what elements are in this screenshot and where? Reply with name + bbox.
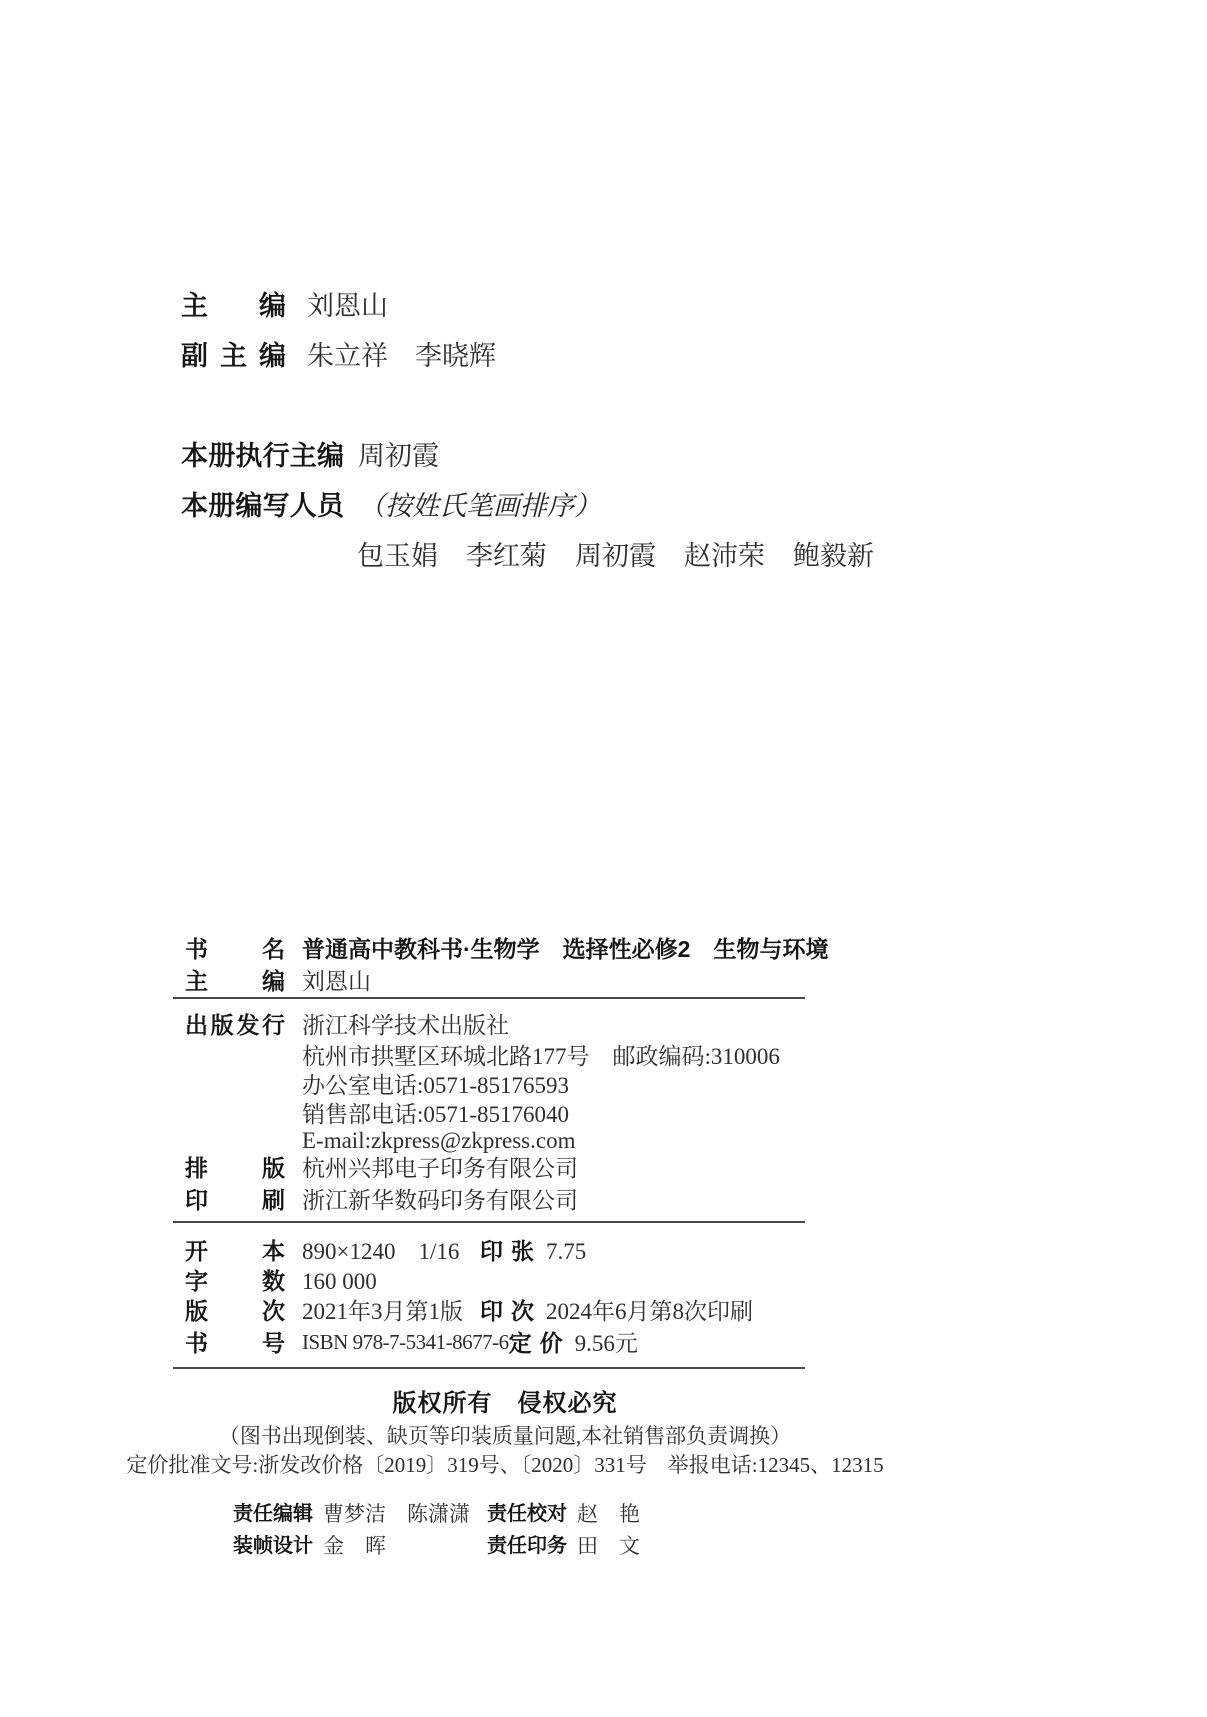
writer-name: 赵沛荣: [684, 543, 765, 570]
writers-label: 本册编写人员: [181, 493, 344, 520]
executive-editor-label: 本册执行主编: [181, 443, 344, 470]
responsible-proofreader-name: 赵 艳: [577, 1504, 640, 1525]
sales-phone: 销售部电话:0571-85176040: [302, 1103, 569, 1126]
staff-row-1: 责任编辑 曹梦洁 陈潇潇 责任校对 赵 艳: [0, 1504, 1207, 1528]
typeset-label: 排版: [185, 1157, 285, 1180]
impression-label: 印次: [480, 1300, 534, 1323]
format-value: 890×1240 1/16: [302, 1240, 480, 1263]
writers-label-row: 本册编写人员 （按姓氏笔画排序）: [181, 493, 601, 520]
copyright-notice: 版权所有 侵权必究: [0, 1392, 1010, 1416]
publisher-row: 出版发行 浙江科学技术出版社: [185, 1014, 509, 1037]
publisher-label: 出版发行: [185, 1014, 285, 1037]
word-count-row: 字数 160 000: [185, 1270, 377, 1293]
executive-editor-name: 周初霞: [358, 443, 439, 470]
writer-name: 李红菊: [466, 543, 547, 570]
sheets-label: 印张: [480, 1240, 534, 1263]
exchange-note: （图书出现倒装、缺页等印装质量问题,本社销售部负责调换）: [0, 1426, 1010, 1447]
isbn-label: 书号: [185, 1332, 285, 1355]
word-count-value: 160 000: [302, 1270, 377, 1293]
typeset-company: 杭州兴邦电子印务有限公司: [302, 1157, 578, 1180]
publisher-name: 浙江科学技术出版社: [302, 1014, 509, 1037]
publisher-email: E-mail:zkpress@zkpress.com: [302, 1129, 575, 1152]
divider-rule: [173, 997, 805, 999]
office-phone: 办公室电话:0571-85176593: [302, 1074, 569, 1097]
edition-label: 版次: [185, 1300, 285, 1323]
sales-phone-row: 销售部电话:0571-85176040: [302, 1103, 569, 1126]
writers-sort-note: （按姓氏笔画排序）: [358, 493, 601, 520]
colophon-chief-label: 主编: [185, 970, 285, 993]
staff-row-2: 装帧设计 金 晖 责任印务 田 文: [0, 1536, 1207, 1560]
responsible-printing-label: 责任印务: [487, 1536, 567, 1556]
print-label: 印刷: [185, 1189, 285, 1212]
office-phone-row: 办公室电话:0571-85176593: [302, 1074, 569, 1097]
publisher-address-row: 杭州市拱墅区环城北路177号 邮政编码:310006: [302, 1045, 780, 1068]
isbn-value: ISBN 978-7-5341-8677-6: [302, 1332, 509, 1353]
binding-designer-label: 装帧设计: [233, 1536, 313, 1556]
edition-row: 版次 2021年3月第1版 印次 2024年6月第8次印刷: [185, 1300, 753, 1323]
copyright-page: 主编 刘恩山 副主编 朱立祥 李晓辉 本册执行主编 周初霞 本册编写人员 （按姓…: [0, 0, 1207, 1717]
publisher-address: 杭州市拱墅区环城北路177号 邮政编码:310006: [302, 1045, 780, 1068]
sheets-value: 7.75: [546, 1240, 586, 1263]
isbn-price-row: 书号 ISBN 978-7-5341-8677-6 定价 9.56元: [185, 1332, 638, 1355]
price-approval-note: 定价批准文号:浙发改价格〔2019〕319号、〔2020〕331号 举报电话:1…: [0, 1455, 1010, 1476]
print-row: 印刷 浙江新华数码印务有限公司: [185, 1189, 578, 1212]
book-title-row: 书名 普通高中教科书·生物学 选择性必修2 生物与环境: [185, 938, 828, 961]
deputy-editor-row: 副主编 朱立祥 李晓辉: [181, 343, 496, 370]
typeset-row: 排版 杭州兴邦电子印务有限公司: [185, 1157, 578, 1180]
writers-names-row: 包玉娟 李红菊 周初霞 赵沛荣 鲍毅新: [357, 543, 902, 570]
chief-editor-row: 主编 刘恩山: [181, 293, 388, 320]
chief-editor-name: 刘恩山: [307, 293, 388, 320]
binding-designer-name: 金 晖: [323, 1536, 386, 1557]
responsible-proofreader-label: 责任校对: [487, 1504, 567, 1524]
print-company: 浙江新华数码印务有限公司: [302, 1189, 578, 1212]
colophon-chief-value: 刘恩山: [302, 970, 371, 993]
writer-name: 包玉娟: [357, 543, 438, 570]
format-sheets-row: 开本 890×1240 1/16 印张 7.75: [185, 1240, 586, 1263]
price-label: 定价: [509, 1332, 563, 1355]
divider-rule: [173, 1221, 805, 1223]
deputy-editor-names: 朱立祥 李晓辉: [307, 343, 496, 370]
book-title-value: 普通高中教科书·生物学 选择性必修2 生物与环境: [302, 938, 828, 961]
email-row: E-mail:zkpress@zkpress.com: [302, 1129, 575, 1152]
writer-name: 鲍毅新: [793, 543, 874, 570]
responsible-editor-label: 责任编辑: [233, 1504, 313, 1524]
book-title-label: 书名: [185, 938, 285, 961]
executive-editor-row: 本册执行主编 周初霞: [181, 443, 439, 470]
writer-name: 周初霞: [575, 543, 656, 570]
colophon-chief-row: 主编 刘恩山: [185, 970, 371, 993]
word-count-label: 字数: [185, 1270, 285, 1293]
format-label: 开本: [185, 1240, 285, 1263]
responsible-printing-name: 田 文: [577, 1536, 640, 1557]
impression-value: 2024年6月第8次印刷: [546, 1300, 753, 1323]
responsible-editor-names: 曹梦洁 陈潇潇: [323, 1504, 470, 1525]
deputy-editor-label: 副主编: [181, 343, 286, 370]
price-value: 9.56元: [575, 1332, 638, 1355]
edition-value: 2021年3月第1版: [302, 1300, 480, 1323]
chief-editor-label: 主编: [181, 293, 286, 320]
divider-rule: [173, 1367, 805, 1369]
